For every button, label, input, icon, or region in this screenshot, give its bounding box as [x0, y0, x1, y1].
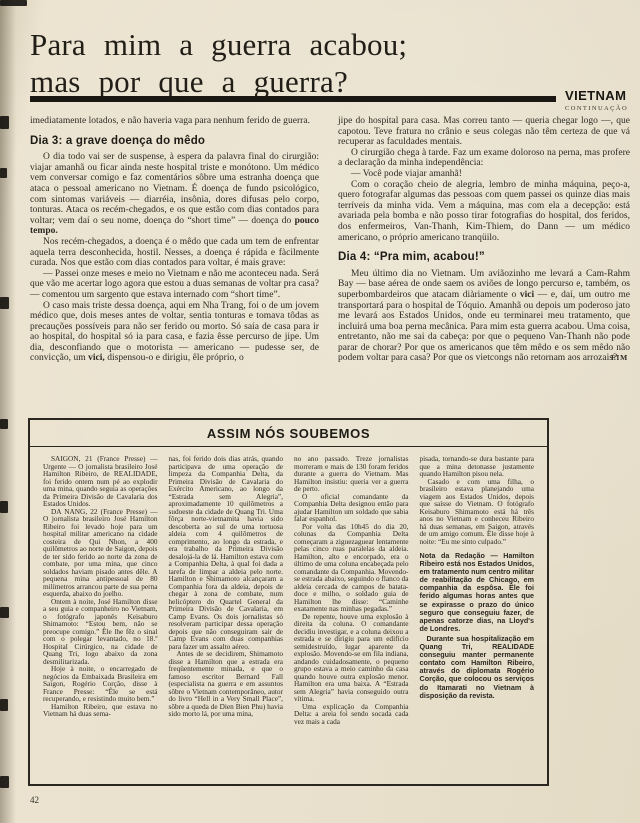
paragraph: DA NANG, 22 (France Presse) — O jornalis…: [43, 508, 158, 598]
section-heading: Dia 3: a grave doença do mêdo: [30, 136, 319, 147]
news-box-column-2: nas, foi ferido dois dias atrás, quando …: [169, 455, 284, 782]
paragraph: Ontem à noite, José Hamilton disse a seu…: [43, 598, 158, 666]
paragraph: O dia todo vai ser de suspense, à espera…: [30, 152, 319, 237]
paragraph: O cirurgião chega à tarde. Faz um exame …: [338, 148, 630, 169]
news-box-column-4: pisada, tornando-se dura bastante para q…: [420, 455, 535, 782]
scan-artifact: [0, 116, 9, 129]
article-title-line1: Para mim a guerra acabou;: [30, 26, 590, 63]
paragraph: Antes de se decidirem, Shimamoto disse a…: [169, 650, 284, 718]
paragraph: O oficial comandante da Companhia Delta …: [294, 493, 409, 523]
paragraph: no ano passado. Treze jornalistas morrer…: [294, 455, 409, 493]
article-title-line2: mas por que a guerra?: [30, 63, 590, 100]
paragraph: — Você pode viajar amanhã!: [338, 169, 630, 180]
paragraph: — Passei onze meses e meio no Vietnam e …: [30, 269, 319, 301]
paragraph: De repente, houve uma explosão à direita…: [294, 613, 409, 703]
news-box-column-3: no ano passado. Treze jornalistas morrer…: [294, 455, 409, 782]
section-tag-continuation: CONTINUAÇÃO: [565, 105, 635, 112]
paragraph: Nota da Redação — Hamilton Ribeiro está …: [420, 552, 535, 633]
scan-artifact: [0, 419, 8, 429]
scan-artifact: [0, 168, 7, 178]
paragraph: Hoje à noite, o encarregado de negócios …: [43, 665, 158, 703]
paragraph: SAIGON, 21 (France Presse) — Urgente — O…: [43, 455, 158, 508]
paragraph: Casado e com uma filha, o brasileiro est…: [420, 478, 535, 546]
section-tag-label: VIETNAM: [565, 88, 635, 103]
news-box-column-1: SAIGON, 21 (France Presse) — Urgente — O…: [43, 455, 158, 782]
article-title: Para mim a guerra acabou; mas por que a …: [30, 26, 590, 100]
title-rule: [30, 96, 556, 102]
scan-artifact: [0, 607, 9, 618]
paragraph: pisada, tornando-se dura bastante para q…: [420, 455, 535, 478]
news-box-columns: SAIGON, 21 (France Presse) — Urgente — O…: [30, 447, 547, 782]
paragraph: Hamilton Ribeiro, que estava no Vietnam …: [43, 703, 158, 718]
paragraph: nas, foi ferido dois dias atrás, quando …: [169, 455, 284, 650]
section-tag: VIETNAM CONTINUAÇÃO: [565, 88, 635, 112]
scan-artifact: [0, 776, 9, 788]
paragraph: Uma explicação da Companhia Delta: a are…: [294, 703, 409, 726]
paragraph: jipe do hospital para casa. Mas correu t…: [338, 116, 630, 148]
magazine-page: Para mim a guerra acabou; mas por que a …: [0, 0, 640, 823]
article-right-column: jipe do hospital para casa. Mas correu t…: [338, 116, 630, 364]
scan-artifact: [0, 501, 8, 513]
news-dispatch-box: ASSIM NÓS SOUBEMOS SAIGON, 21 (France Pr…: [28, 418, 549, 786]
article-left-column: imediatamente lotados, e não haveria vag…: [30, 116, 319, 364]
scan-artifact: [0, 699, 8, 711]
paragraph: Durante sua hospitalização em Quang Tri,…: [420, 635, 535, 700]
paragraph: Meu último dia no Vietnam. Um aviãozinho…: [338, 269, 630, 364]
paragraph: O caso mais triste dessa doença, aqui em…: [30, 301, 319, 365]
scan-artifact: [0, 0, 27, 6]
paragraph: Nos recém-chegados, a doença é o mêdo qu…: [30, 237, 319, 269]
paragraph: Por volta das 10h45 do dia 20, colunas d…: [294, 523, 409, 613]
paragraph: imediatamente lotados, e não haveria vag…: [30, 116, 319, 127]
paragraph: Com o coração cheio de alegria, lembro d…: [338, 180, 630, 244]
news-box-title: ASSIM NÓS SOUBEMOS: [30, 426, 547, 441]
scan-artifact: [0, 297, 9, 309]
section-heading: Dia 4: “Pra mim, acabou!”: [338, 252, 630, 263]
page-number: 42: [30, 795, 39, 805]
